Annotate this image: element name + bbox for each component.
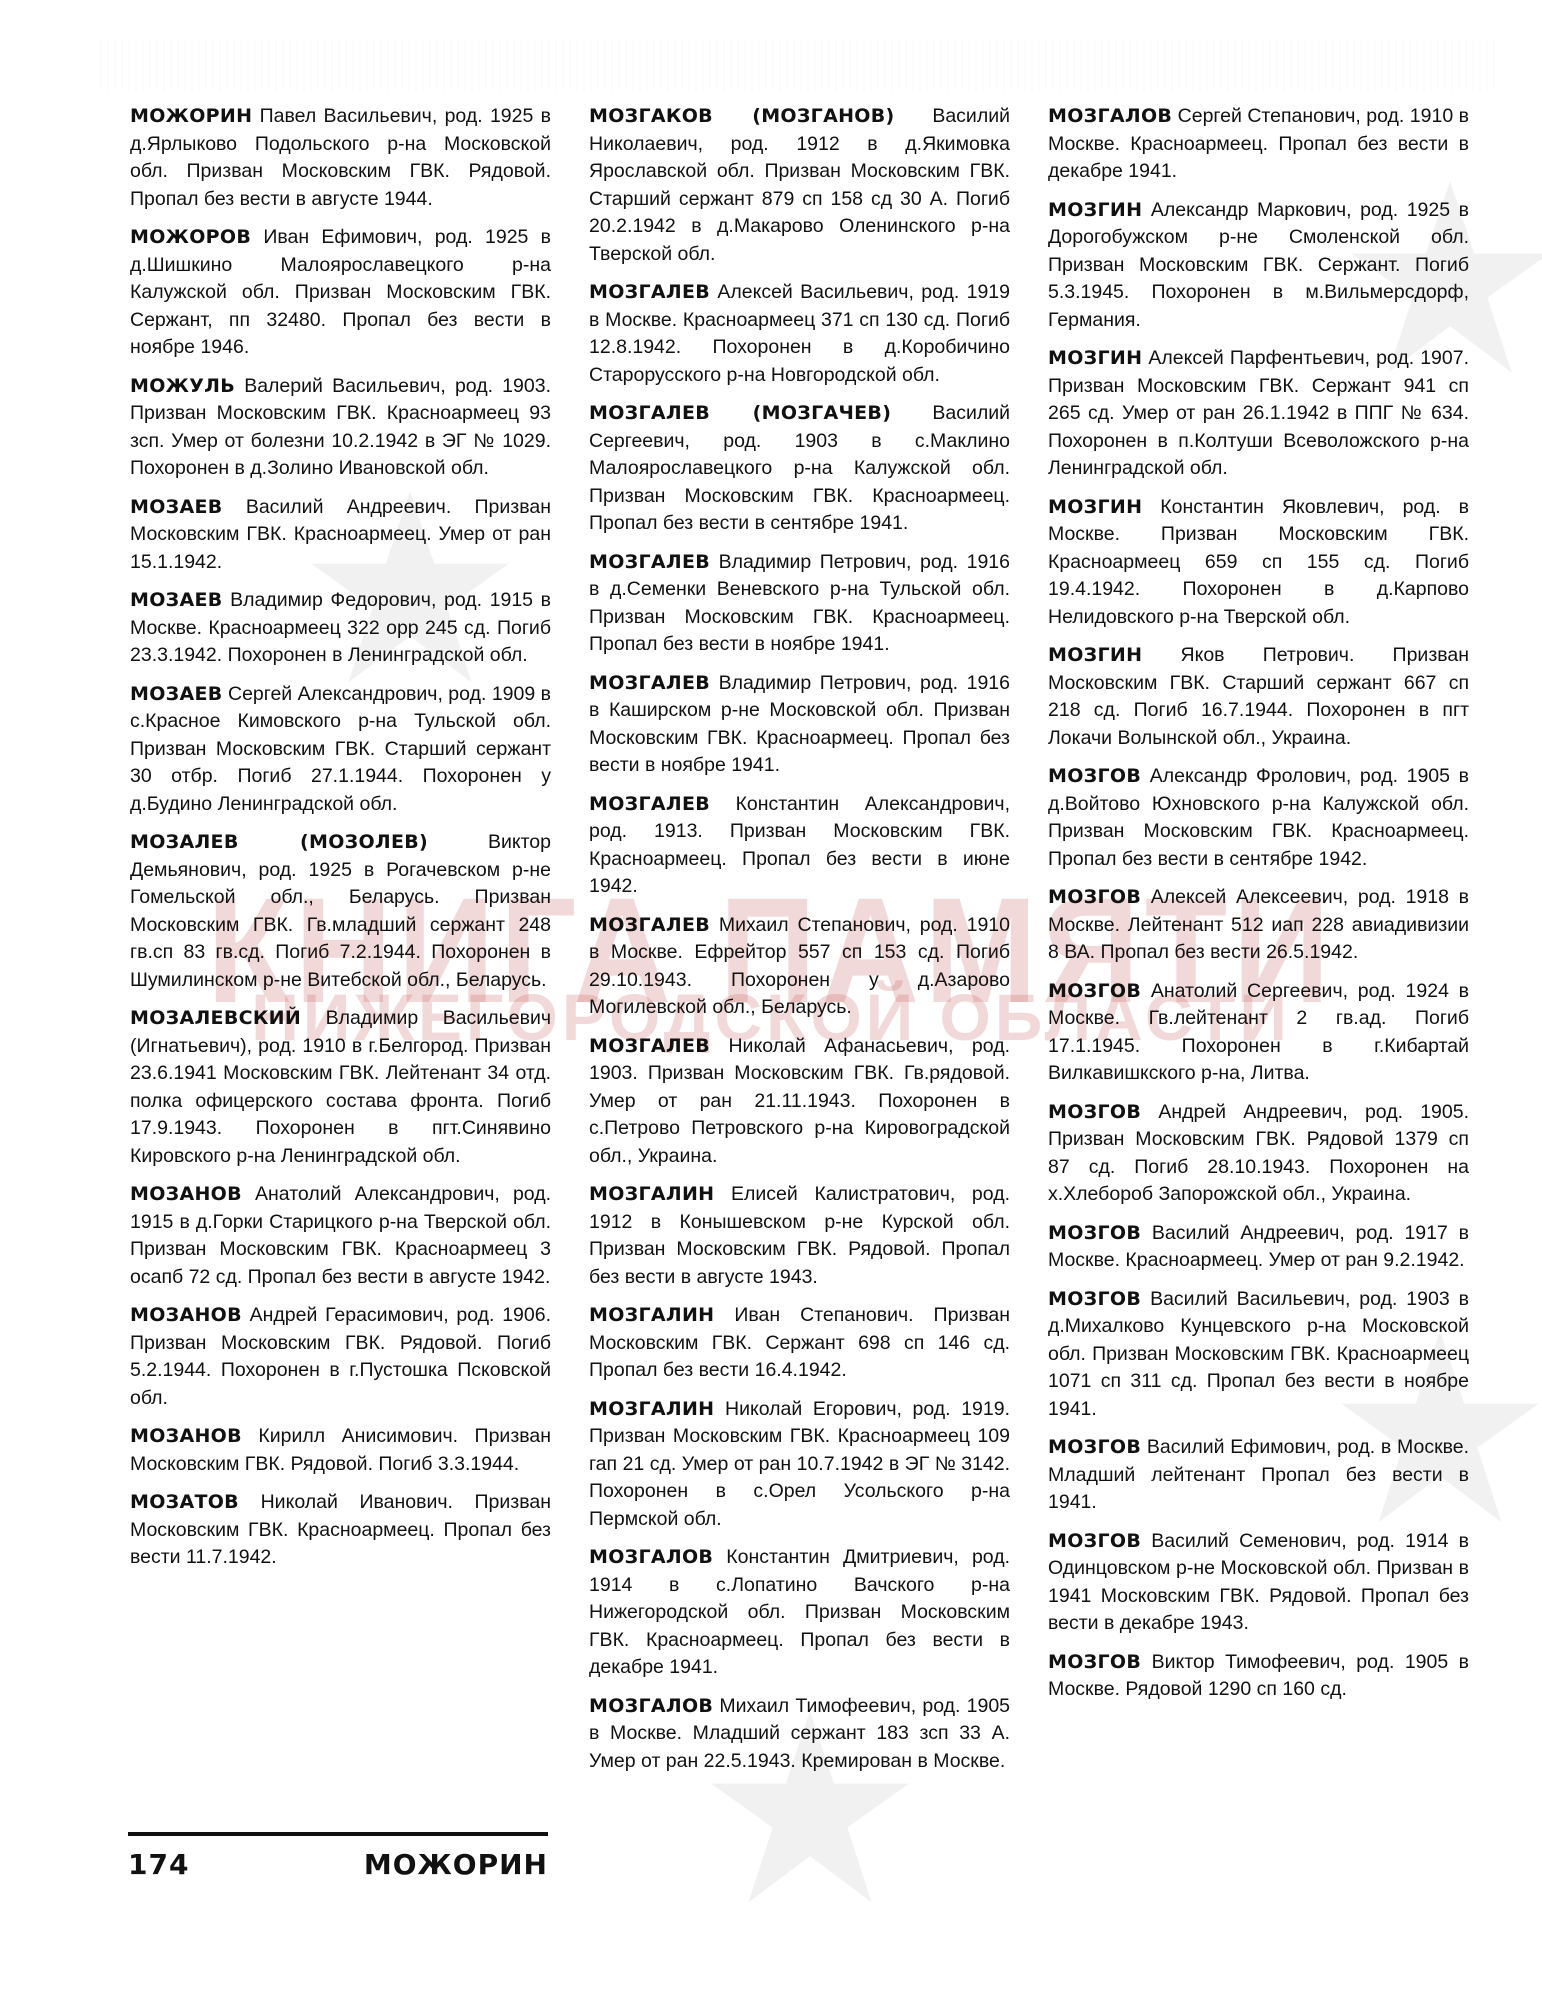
entry-surname: МОЖОРИН: [130, 105, 252, 127]
list-item: МОЗАЛЕВ (МОЗОЛЕВ) Виктор Демьянович, род…: [130, 829, 551, 994]
list-item: МОЗГИН Александр Маркович, род. 1925 в Д…: [1048, 197, 1469, 335]
entry-surname: МОЗГОВ: [1048, 980, 1141, 1002]
entry-surname: МОЗАНОВ: [130, 1304, 242, 1326]
entry-surname: МОЗАЛЕВ (МОЗОЛЕВ): [130, 831, 428, 853]
page-footer: 174 МОЖОРИН: [128, 1832, 548, 1881]
list-item: МОЗГАЛИН Елисей Калистратович, род. 1912…: [589, 1181, 1010, 1291]
entry-surname: МОЗГОВ: [1048, 1288, 1141, 1310]
list-item: МОЗГАЛИН Иван Степанович. Призван Москов…: [589, 1302, 1010, 1385]
entry-surname: МОЖУЛЬ: [130, 375, 235, 397]
entry-surname: МОЗГАЛЕВ: [589, 551, 710, 573]
entry-surname: МОЖОРОВ: [130, 226, 251, 248]
list-item: МОЗГАЛОВ Михаил Тимофеевич, род. 1905 в …: [589, 1693, 1010, 1776]
entry-surname: МОЗГИН: [1048, 347, 1142, 369]
list-item: МОЗАЕВ Владимир Федорович, род. 1915 в М…: [130, 587, 551, 670]
book-page: КНИГА ПАМЯТИ НИЖЕГОРОДСКОЙ ОБЛАСТИ МОЖОР…: [0, 0, 1542, 2000]
entry-surname: МОЗАЕВ: [130, 496, 223, 518]
list-item: МОЗГАЛИН Николай Егорович, род. 1919. Пр…: [589, 1396, 1010, 1534]
entry-surname: МОЗАНОВ: [130, 1183, 242, 1205]
entry-surname: МОЗГОВ: [1048, 1101, 1141, 1123]
list-item: МОЗГАЛЕВ (МОЗГАЧЕВ) Василий Сергеевич, р…: [589, 400, 1010, 538]
list-item: МОЗГОВ Василий Васильевич, род. 1903 в д…: [1048, 1286, 1469, 1424]
entry-surname: МОЗГАЛИН: [589, 1398, 714, 1420]
entry-text: Владимир Васильевич (Игнатьевич), род. 1…: [130, 1007, 551, 1167]
list-item: МОЗАНОВ Анатолий Александрович, род. 191…: [130, 1181, 551, 1291]
entry-surname: МОЗГОВ: [1048, 765, 1141, 787]
list-item: МОЗГАЛЕВ Михаил Степанович, род. 1910 в …: [589, 912, 1010, 1022]
list-item: МОЗГИН Константин Яковлевич, род. в Моск…: [1048, 494, 1469, 632]
list-item: МОЗГАЛЕВ Николай Афанасьевич, род. 1903.…: [589, 1033, 1010, 1171]
list-item: МОЗАЛЕВСКИЙ Владимир Васильевич (Игнатье…: [130, 1005, 551, 1170]
list-item: МОЖОРОВ Иван Ефимович, род. 1925 в д.Шиш…: [130, 224, 551, 362]
entry-surname: МОЗАЕВ: [130, 683, 223, 705]
entry-surname: МОЗГОВ: [1048, 1651, 1141, 1673]
entry-surname: МОЗГОВ: [1048, 1530, 1141, 1552]
entry-surname: МОЗАЛЕВСКИЙ: [130, 1007, 301, 1029]
list-item: МОЗГАЛЕВ Константин Александрович, род. …: [589, 791, 1010, 901]
list-item: МОЗАЕВ Сергей Александрович, род. 1909 в…: [130, 681, 551, 819]
list-item: МОЗГОВ Андрей Андреевич, род. 1905. Приз…: [1048, 1099, 1469, 1209]
entry-text: Виктор Демьянович, род. 1925 в Рогачевск…: [130, 831, 551, 991]
list-item: МОЗАЕВ Василий Андреевич. Призван Москов…: [130, 494, 551, 577]
list-item: МОЗАТОВ Николай Иванович. Призван Москов…: [130, 1489, 551, 1572]
entry-surname: МОЗГАЛИН: [589, 1304, 714, 1326]
entry-surname: МОЗГАЛЕВ: [589, 914, 710, 936]
list-item: МОЗГОВ Анатолий Сергеевич, род. 1924 в М…: [1048, 978, 1469, 1088]
entry-surname: МОЗГАКОВ (МОЗГАНОВ): [589, 105, 895, 127]
list-item: МОЗГОВ Виктор Тимофеевич, род. 1905 в Мо…: [1048, 1649, 1469, 1704]
list-item: МОЗГОВ Василий Семенович, род. 1914 в Од…: [1048, 1528, 1469, 1638]
list-item: МОЗГАЛОВ Константин Дмитриевич, род. 191…: [589, 1544, 1010, 1682]
list-item: МОЗГАЛЕВ Владимир Петрович, род. 1916 в …: [589, 549, 1010, 659]
list-item: МОЗАНОВ Кирилл Анисимович. Призван Моско…: [130, 1423, 551, 1478]
list-item: МОЗГАКОВ (МОЗГАНОВ) Василий Николаевич, …: [589, 103, 1010, 268]
entry-surname: МОЗГОВ: [1048, 886, 1141, 908]
text-columns: МОЖОРИН Павел Васильевич, род. 1925 в д.…: [130, 103, 1470, 1786]
list-item: МОЗГИН Алексей Парфентьевич, род. 1907. …: [1048, 345, 1469, 483]
list-item: МОЗГАЛЕВ Алексей Васильевич, род. 1919 в…: [589, 279, 1010, 389]
list-item: МОЗГОВ Василий Андреевич, род. 1917 в Мо…: [1048, 1220, 1469, 1275]
entry-text: Василий Николаевич, род. 1912 в д.Якимов…: [589, 105, 1010, 265]
entry-surname: МОЗГАЛОВ: [589, 1546, 713, 1568]
entry-surname: МОЗГИН: [1048, 644, 1142, 666]
footer-rule: [128, 1832, 548, 1836]
list-item: МОЗГИН Яков Петрович. Призван Московским…: [1048, 642, 1469, 752]
entry-surname: МОЗГАЛЕВ: [589, 281, 710, 303]
entry-surname: МОЗАТОВ: [130, 1491, 239, 1513]
page-number: 174: [128, 1848, 189, 1881]
column-1: МОЖОРИН Павел Васильевич, род. 1925 в д.…: [130, 103, 551, 1786]
entry-surname: МОЗГАЛЕВ: [589, 672, 710, 694]
entry-surname: МОЗГАЛОВ: [1048, 105, 1172, 127]
entry-surname: МОЗГАЛЕВ (МОЗГАЧЕВ): [589, 402, 891, 424]
entry-surname: МОЗГАЛОВ: [589, 1695, 713, 1717]
entry-surname: МОЗГОВ: [1048, 1436, 1141, 1458]
entry-surname: МОЗГОВ: [1048, 1222, 1141, 1244]
running-head: МОЖОРИН: [364, 1848, 548, 1881]
entry-surname: МОЗГАЛИН: [589, 1183, 714, 1205]
list-item: МОЗАНОВ Андрей Герасимович, род. 1906. П…: [130, 1302, 551, 1412]
list-item: МОЗГОВ Василий Ефимович, род. в Москве. …: [1048, 1434, 1469, 1517]
entry-surname: МОЗАНОВ: [130, 1425, 242, 1447]
list-item: МОЖОРИН Павел Васильевич, род. 1925 в д.…: [130, 103, 551, 213]
entry-surname: МОЗГАЛЕВ: [589, 1035, 710, 1057]
list-item: МОЗГАЛОВ Сергей Степанович, род. 1910 в …: [1048, 103, 1469, 186]
entry-surname: МОЗАЕВ: [130, 589, 223, 611]
entry-surname: МОЗГИН: [1048, 496, 1142, 518]
list-item: МОЗГАЛЕВ Владимир Петрович, род. 1916 в …: [589, 670, 1010, 780]
list-item: МОЖУЛЬ Валерий Васильевич, род. 1903. Пр…: [130, 373, 551, 483]
list-item: МОЗГОВ Алексей Алексеевич, род. 1918 в М…: [1048, 884, 1469, 967]
scan-artifact: [100, 40, 1500, 90]
entry-surname: МОЗГАЛЕВ: [589, 793, 710, 815]
column-3: МОЗГАЛОВ Сергей Степанович, род. 1910 в …: [1048, 103, 1469, 1786]
list-item: МОЗГОВ Александр Фролович, род. 1905 в д…: [1048, 763, 1469, 873]
entry-surname: МОЗГИН: [1048, 199, 1142, 221]
column-2: МОЗГАКОВ (МОЗГАНОВ) Василий Николаевич, …: [589, 103, 1010, 1786]
